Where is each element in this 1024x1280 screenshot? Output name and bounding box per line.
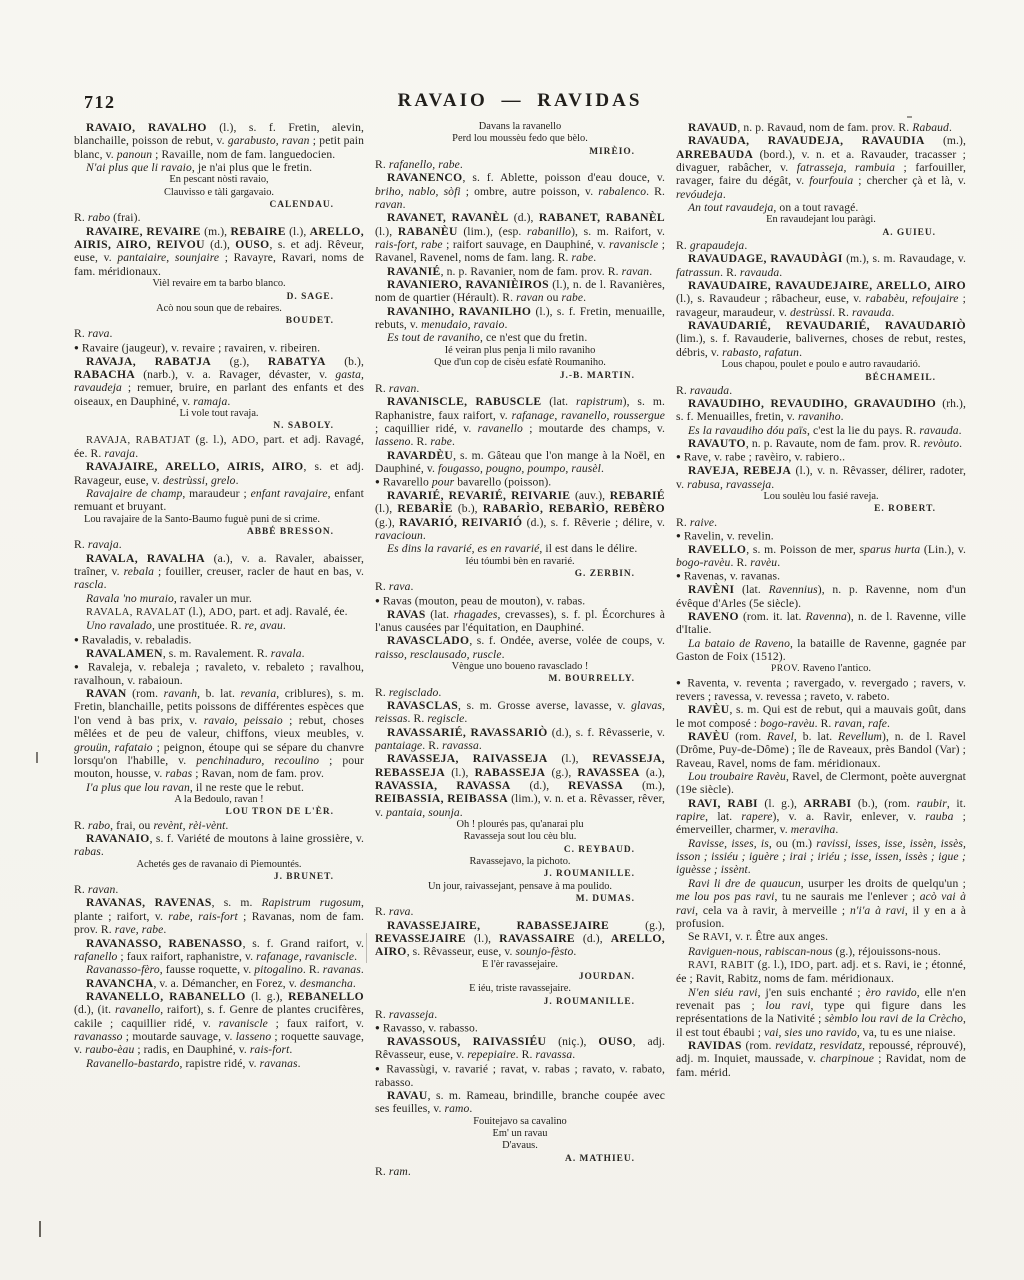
dictionary-entry-paragraph: Se RAVI, v. r. Être aux anges. [676, 930, 966, 944]
dictionary-entry-paragraph: RAVALA, RAVALAT (l.), ADO, part. et adj.… [74, 605, 364, 619]
dictionary-entry-paragraph: RAVÈNI (lat. Ravennius), n. p. Ravenne, … [676, 583, 966, 610]
dictionary-entry-paragraph: Es tout de ravaniho, ce n'est que du fre… [375, 331, 665, 344]
variant-cross-reference: ● Ravas (mouton, peau de mouton), v. rab… [375, 594, 665, 608]
dictionary-entry-paragraph: I'a plus que lou ravan, il ne reste que … [74, 781, 364, 794]
dictionary-entry-paragraph: Raviguen-nous, rabiscan-nous (g.), réjou… [676, 945, 966, 958]
variant-cross-reference: ● Ravaire (jaugeur), v. revaire ; ravair… [74, 341, 364, 355]
dictionary-entry-paragraph: RAVELLO, s. m. Poisson de mer, sparus hu… [676, 543, 966, 570]
etymology-reference: R. rava. [74, 327, 364, 340]
verse-quotation: Davans la ravanelloPerd lou moussèu fedo… [375, 121, 665, 146]
etymology-reference: R. rabo, frai, ou revènt, rèi-vènt. [74, 819, 364, 832]
dictionary-entry-paragraph: N'ai plus que li ravaio, je n'ai plus qu… [74, 161, 364, 174]
dictionary-entry-paragraph: Ravanasso-fèro, fausse roquette, v. pito… [74, 963, 364, 976]
author-citation: LOU TRON DE L'ÈR. [74, 806, 364, 818]
dictionary-entry-paragraph: RAVAIO, RAVALHO (l.), s. f. Fretin, alev… [74, 121, 364, 161]
dictionary-entry-paragraph: RAVI, RABI (l. g.), ARRABI (b.), (rom. r… [676, 797, 966, 837]
scan-artifact [907, 116, 912, 118]
dictionary-entry-paragraph: Es la ravaudiho dóu païs, c'est la lie d… [676, 424, 966, 437]
dictionary-entry-paragraph: RAVEJA, REBEJA (l.), v. n. Rêvasser, dél… [676, 464, 966, 491]
variant-cross-reference: ● Ravaladis, v. rebaladis. [74, 633, 364, 647]
dictionary-entry-paragraph: RAVAUDAIRE, RAVAUDEJAIRE, ARELLO, AIRO (… [676, 279, 966, 319]
etymology-reference: R. rava. [375, 905, 665, 918]
etymology-reference: R. rabo (frai). [74, 211, 364, 224]
author-citation: M. BOURRELLY. [375, 673, 665, 685]
dictionary-entry-paragraph: RAVASSEJA, RAIVASSEJA (l.), REVASSEJA, R… [375, 752, 665, 819]
dictionary-entry-paragraph: RAVAUDARIÉ, REVAUDARIÉ, RAVAUDARIÒ (lim.… [676, 319, 966, 359]
variant-cross-reference: ● Ravarello pour bavarello (poisson). [375, 475, 665, 489]
scan-artifact [39, 1221, 41, 1237]
author-citation: MIRÈIO. [375, 146, 665, 158]
dictionary-page-scan: { "page": { "number": "712", "header_tit… [0, 0, 1024, 1280]
dictionary-entry-paragraph: Es dins la ravarié, es en ravarié, il es… [375, 542, 665, 555]
variant-cross-reference: ● Rave, v. rabe ; ravèiro, v. rabiero.. [676, 450, 966, 464]
etymology-reference: R. raive. [676, 516, 966, 529]
author-citation: J. ROUMANILLE. [375, 868, 665, 880]
author-citation: BÉCHAMEIL. [676, 372, 966, 384]
author-citation: G. ZERBIN. [375, 568, 665, 580]
verse-quotation: En ravaudejant lou paràgi. [676, 214, 966, 226]
author-citation: E. ROBERT. [676, 503, 966, 515]
etymology-reference: R. grapaudeja. [676, 239, 966, 252]
dictionary-entry-paragraph: RAVAUDIHO, REVAUDIHO, GRAVAUDIHO (rh.), … [676, 397, 966, 424]
dictionary-entry-paragraph: Ravisse, isses, is, ou (m.) ravissi, iss… [676, 837, 966, 877]
text-columns: RAVAIO, RAVALHO (l.), s. f. Fretin, alev… [74, 121, 966, 1226]
dictionary-entry-paragraph: RAVANCHA, v. a. Démancher, en Forez, v. … [74, 977, 364, 990]
dictionary-entry-paragraph: RAVARDÈU, s. m. Gâteau que l'on mange à … [375, 449, 665, 476]
dictionary-entry-paragraph: RAVARIÉ, REVARIÉ, REIVARIE (auv.), REBAR… [375, 489, 665, 542]
dictionary-entry-paragraph: RAVANELLO, RABANELLO (l. g.), REBANELLO … [74, 990, 364, 1057]
dictionary-entry-paragraph: RAVAUTO, n. p. Ravaute, nom de fam. prov… [676, 437, 966, 450]
verse-quotation: Iéu tóumbi bèn en ravarié. [375, 556, 665, 568]
dictionary-entry-paragraph: RAVALA, RAVALHA (a.), v. a. Ravaler, aba… [74, 552, 364, 592]
dictionary-entry-paragraph: RAVALAMEN, s. m. Ravalement. R. ravala. [74, 647, 364, 660]
verse-quotation: Lous chapou, poulet e poulo e autro rava… [676, 359, 966, 371]
dictionary-entry-paragraph: Ravanello-bastardo, rapistre ridé, v. ra… [74, 1057, 364, 1070]
author-citation: ABBÉ BRESSON. [74, 526, 364, 538]
dictionary-entry-paragraph: RAVANAIO, s. f. Variété de moutons à lai… [74, 832, 364, 859]
dictionary-entry-paragraph: RAVAN (rom. ravanh, b. lat. revania, cri… [74, 687, 364, 780]
dictionary-entry-paragraph: RAVANISCLE, RABUSCLE (lat. rapistrum), s… [375, 395, 665, 448]
dictionary-entry-paragraph: RAVAJA, RABATJA (g.), RABATYA (b.), RABA… [74, 355, 364, 408]
author-citation: CALENDAU. [74, 199, 364, 211]
author-citation: BOUDET. [74, 315, 364, 327]
author-citation: A. MATHIEU. [375, 1153, 665, 1165]
dictionary-entry-paragraph: Uno ravalado, une prostituée. R. re, ava… [74, 619, 364, 632]
etymology-reference: R. rava. [375, 580, 665, 593]
variant-cross-reference: ● Ravelin, v. revelin. [676, 529, 966, 543]
verse-quotation: A la Bedoulo, ravan ! [74, 794, 364, 806]
dictionary-entry-paragraph: RAVÈU, s. m. Qui est de rebut, qui a mau… [676, 703, 966, 730]
verse-quotation: Ravassejavo, la pichoto. [375, 856, 665, 868]
dictionary-entry-paragraph: RAVAUDA, RAVAUDEJA, RAVAUDIA (m.), ARREB… [676, 134, 966, 201]
dictionary-entry-paragraph: RAVASSARIÉ, RAVASSARIÒ (d.), s. f. Rêvas… [375, 726, 665, 753]
dictionary-entry-paragraph: RAVASSEJAIRE, RABASSEJAIRE (g.), REVASSE… [375, 919, 665, 959]
etymology-reference: R. ravauda. [676, 384, 966, 397]
variant-cross-reference: ● Ravenas, v. ravanas. [676, 569, 966, 583]
etymology-reference: R. regisclado. [375, 686, 665, 699]
dictionary-entry-paragraph: RAVAUD, n. p. Ravaud, nom de fam. prov. … [676, 121, 966, 134]
dictionary-entry-paragraph: RAVI, RABIT (g. l.), IDO, part. adj. et … [676, 958, 966, 986]
verse-quotation: E l'èr ravassejaire. [375, 959, 665, 971]
dictionary-entry-paragraph: RAVANENCO, s. f. Ablette, poisson d'eau … [375, 171, 665, 211]
scan-artifact [36, 752, 38, 763]
verse-quotation: Acò nou soun que de rebaires. [74, 303, 364, 315]
author-citation: N. SABOLY. [74, 420, 364, 432]
scan-artifact [366, 933, 367, 963]
dictionary-entry-paragraph: RAVASCLAS, s. m. Grosse averse, lavasse,… [375, 699, 665, 726]
verse-quotation: Ié veiran plus penja li milo ravanihoQue… [375, 345, 665, 370]
dictionary-entry-paragraph: Ravajaire de champ, maraudeur ; enfant r… [74, 487, 364, 514]
variant-cross-reference: ● Raventa, v. reventa ; ravergado, v. re… [676, 676, 966, 703]
prose-quotation: Lou ravajaire de la Santo-Baumo fuguè pu… [74, 514, 364, 527]
dictionary-entry-paragraph: RAVAU, s. m. Rameau, brindille, branche … [375, 1089, 665, 1116]
dictionary-entry-paragraph: RAVÈU (rom. Ravel, b. lat. Revellum), n.… [676, 730, 966, 770]
dictionary-entry-paragraph: N'en siéu ravi, j'en suis enchanté ; èro… [676, 986, 966, 1039]
etymology-reference: R. ravan. [375, 382, 665, 395]
verse-quotation: E iéu, triste ravassejaire. [375, 983, 665, 995]
author-citation: A. GUIEU. [676, 227, 966, 239]
verse-quotation: Vèngue uno boueno ravasclado ! [375, 661, 665, 673]
verse-quotation: Oh ! plourés pas, qu'anarai pluRavasseja… [375, 819, 665, 844]
proverb-line: PROV. Raveno l'antico. [676, 663, 966, 676]
author-citation: J.-B. MARTIN. [375, 370, 665, 382]
etymology-reference: R. ram. [375, 1165, 665, 1178]
etymology-reference: R. ravaja. [74, 538, 364, 551]
dictionary-entry-paragraph: RAVAJAIRE, ARELLO, AIRIS, AIRO, s. et ad… [74, 460, 364, 487]
verse-quotation: Li vole tout ravaja. [74, 408, 364, 420]
dictionary-entry-paragraph: Lou troubaire Ravèu, Ravel, de Clermont,… [676, 770, 966, 797]
author-citation: J. ROUMANILLE. [375, 996, 665, 1008]
dictionary-entry-paragraph: RAVANIÉ, n. p. Ravanier, nom de fam. pro… [375, 265, 665, 278]
verse-quotation: Fouitejavo sa cavalinoEm' un ravauD'avau… [375, 1116, 665, 1153]
author-citation: D. SAGE. [74, 291, 364, 303]
variant-cross-reference: ● Ravasso, v. rabasso. [375, 1021, 665, 1035]
etymology-reference: R. ravasseja. [375, 1008, 665, 1021]
verse-quotation: Vièl revaire em ta barbo blanco. [74, 278, 364, 290]
dictionary-entry-paragraph: RAVANASSO, RABENASSO, s. f. Grand raifor… [74, 937, 364, 964]
dictionary-entry-paragraph: RAVANAS, RAVENAS, s. m. Rapistrum rugosu… [74, 896, 364, 936]
author-citation: JOURDAN. [375, 971, 665, 983]
dictionary-entry-paragraph: RAVANIERO, RAVANIÈIROS (l.), n. de l. Ra… [375, 278, 665, 305]
dictionary-entry-paragraph: An tout ravaudeja, on a tout ravagé. [676, 201, 966, 214]
etymology-reference: R. rafanello, rabe. [375, 158, 665, 171]
verse-quotation: Achetés ges de ravanaio di Piemountés. [74, 859, 364, 871]
dictionary-entry-paragraph: RAVANET, RAVANÈL (d.), RABANET, RABANÈL … [375, 211, 665, 264]
variant-cross-reference: ● Ravassùgi, v. ravarié ; ravat, v. raba… [375, 1062, 665, 1089]
dictionary-entry-paragraph: RAVANIHO, RAVANILHO (l.), s. f. Fretin, … [375, 305, 665, 332]
column-3: RAVAUD, n. p. Ravaud, nom de fam. prov. … [676, 121, 966, 1226]
dictionary-entry-paragraph: RAVASSOUS, RAIVASSIÉU (niç.), OUSO, adj.… [375, 1035, 665, 1062]
verse-quotation: Un jour, raivassejant, pensave à ma poul… [375, 881, 665, 893]
dictionary-entry-paragraph: RAVENO (rom. it. lat. Ravenna), n. de l.… [676, 610, 966, 637]
dictionary-entry-paragraph: RAVAJA, RABATJAT (g. l.), ADO, part. et … [74, 433, 364, 461]
etymology-reference: R. ravan. [74, 883, 364, 896]
dictionary-entry-paragraph: La bataio de Raveno, la bataille de Rave… [676, 637, 966, 664]
dictionary-entry-paragraph: RAVASCLADO, s. f. Ondée, averse, volée d… [375, 634, 665, 661]
author-citation: C. REYBAUD. [375, 844, 665, 856]
dictionary-entry-paragraph: RAVAIRE, REVAIRE (m.), REBAIRE (l.), ARE… [74, 225, 364, 278]
dictionary-entry-paragraph: RAVIDAS (rom. revidatz, resvidatz, repou… [676, 1039, 966, 1079]
author-citation: M. DUMAS. [375, 893, 665, 905]
column-1: RAVAIO, RAVALHO (l.), s. f. Fretin, alev… [74, 121, 364, 1226]
column-2: Davans la ravanelloPerd lou moussèu fedo… [375, 121, 665, 1226]
dictionary-entry-paragraph: Ravi li dre de quaucun, usurper les droi… [676, 877, 966, 930]
dictionary-entry-paragraph: RAVAS (lat. rhagades, crevasses), s. f. … [375, 608, 665, 635]
running-head-title: RAVAIO — RAVIDAS [74, 90, 966, 112]
dictionary-entry-paragraph: Ravala 'no muraio, ravaler un mur. [74, 592, 364, 605]
variant-cross-reference: ● Ravaleja, v. rebaleja ; ravaleto, v. r… [74, 660, 364, 687]
dictionary-entry-paragraph: RAVAUDAGE, RAVAUDÀGI (m.), s. m. Ravauda… [676, 252, 966, 279]
verse-quotation: En pescant nòsti ravaio,Clauvisso e tàli… [74, 174, 364, 199]
author-citation: J. BRUNET. [74, 871, 364, 883]
verse-quotation: Lou soulèu lou fasié raveja. [676, 491, 966, 503]
